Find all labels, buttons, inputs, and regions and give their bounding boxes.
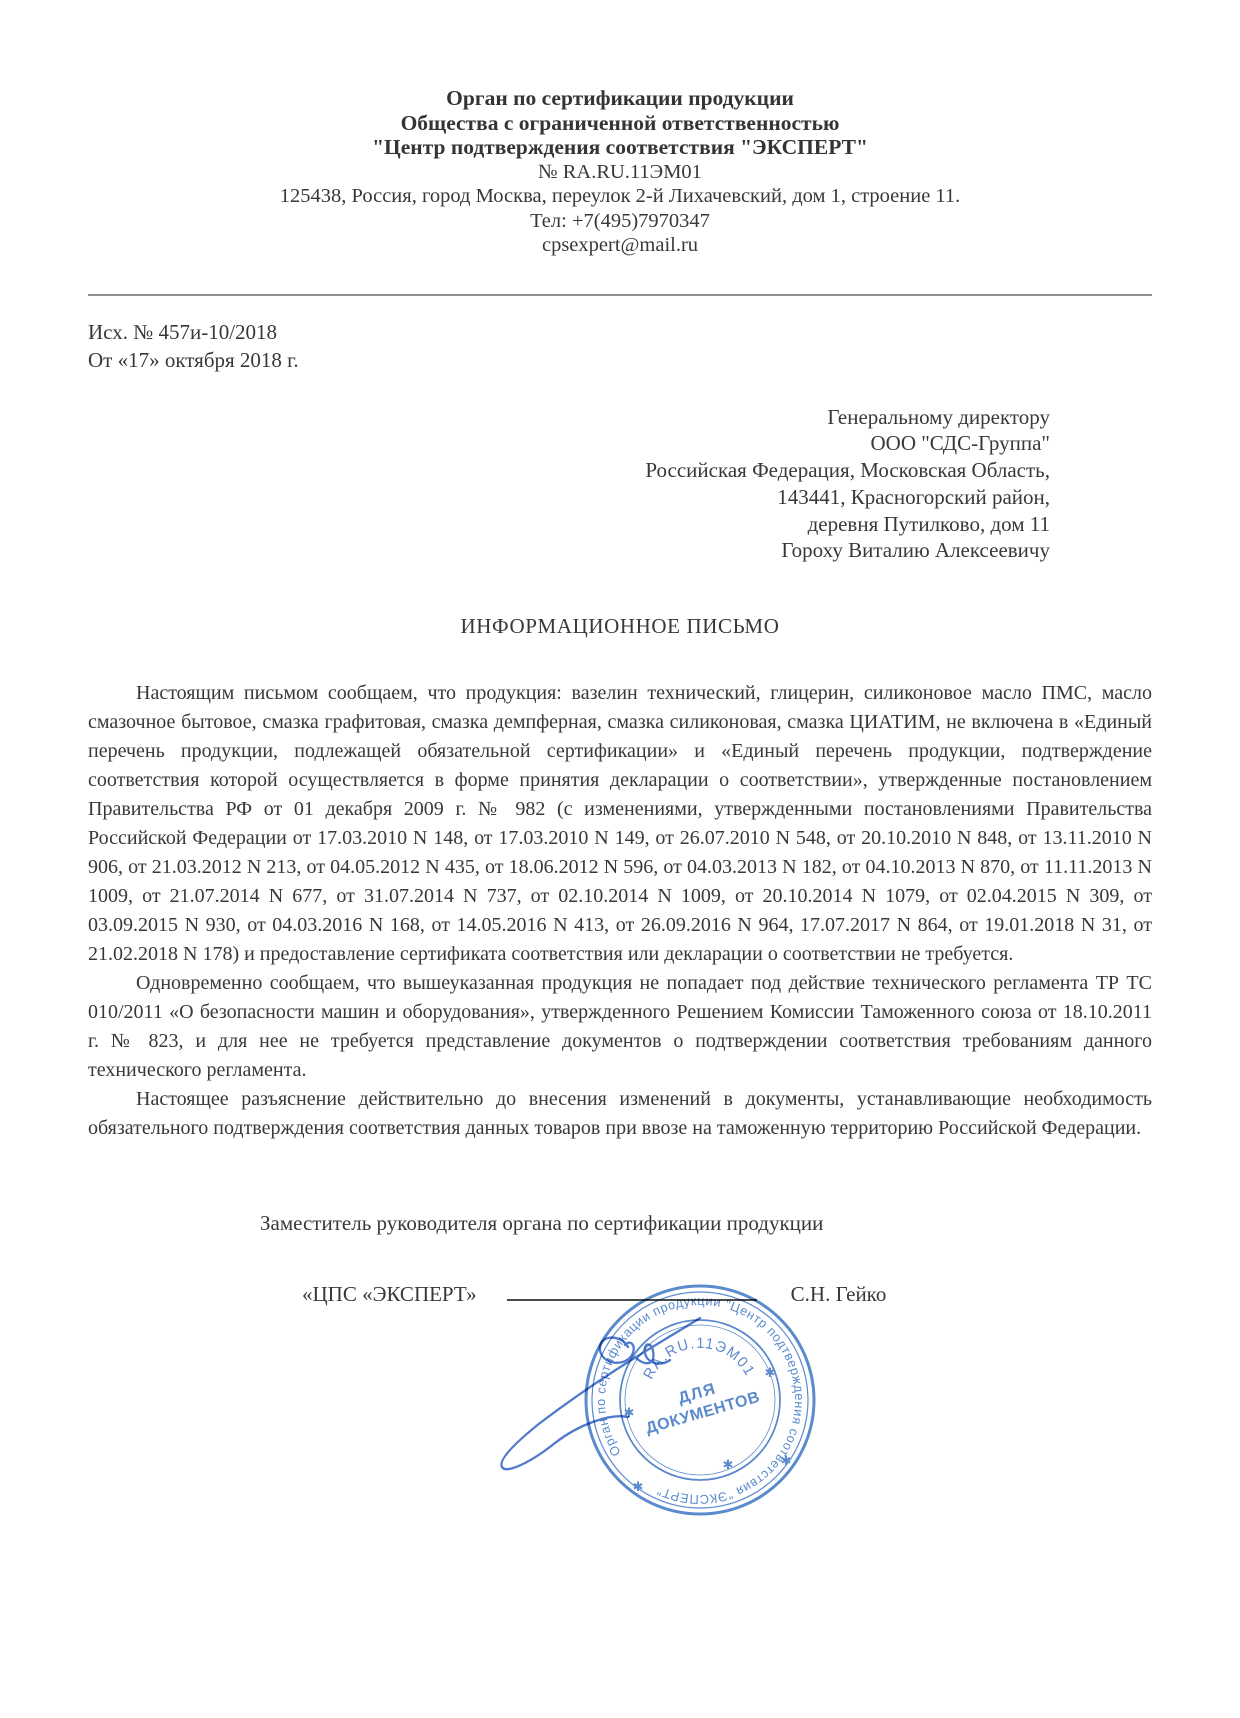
- letterhead: Орган по сертификации продукции Общества…: [88, 86, 1152, 258]
- stamp-star-icon: ✱: [781, 1453, 792, 1468]
- letterhead-org-line3: "Центр подтверждения соответствия "ЭКСПЕ…: [88, 135, 1152, 160]
- recipient-line: ООО "СДС-Группа": [88, 430, 1050, 457]
- outgoing-number: Исх. № 457и-10/2018: [88, 318, 1152, 346]
- body-paragraph-1: Настоящим письмом сообщаем, что продукци…: [88, 679, 1152, 969]
- letter-date: От «17» октября 2018 г.: [88, 346, 1152, 374]
- handwritten-signature: [460, 1295, 740, 1485]
- letter-content: Орган по сертификации продукции Общества…: [88, 0, 1152, 1307]
- body-paragraph-2: Одновременно сообщаем, что вышеуказанная…: [88, 969, 1152, 1085]
- recipient-line: Гороху Виталию Алексеевичу: [88, 537, 1050, 564]
- reference-block: Исх. № 457и-10/2018 От «17» октября 2018…: [88, 318, 1152, 374]
- recipient-line: Генеральному директору: [88, 404, 1050, 431]
- stamp-star-icon: ✱: [765, 1365, 776, 1380]
- letterhead-org-line2: Общества с ограниченной ответственностью: [88, 111, 1152, 136]
- signature-org-label: «ЦПС «ЭКСПЕРТ»: [302, 1282, 477, 1307]
- letterhead-reg-number: № RA.RU.11ЭМ01: [88, 160, 1152, 185]
- letterhead-divider: [88, 294, 1152, 296]
- letterhead-email: cpsexpert@mail.ru: [88, 233, 1152, 258]
- letterhead-phone: Тел: +7(495)7970347: [88, 209, 1152, 234]
- body-paragraph-3: Настоящее разъяснение действительно до в…: [88, 1085, 1152, 1143]
- recipient-line: 143441, Красногорский район,: [88, 484, 1050, 511]
- document-title: ИНФОРМАЦИОННОЕ ПИСЬМО: [88, 614, 1152, 639]
- recipient-line: Российская Федерация, Московская Область…: [88, 457, 1050, 484]
- letter-page: Орган по сертификации продукции Общества…: [0, 0, 1240, 1718]
- letterhead-org-line1: Орган по сертификации продукции: [88, 86, 1152, 111]
- recipient-block: Генеральному директору ООО "СДС-Группа" …: [88, 404, 1152, 565]
- recipient-line: деревня Путилково, дом 11: [88, 511, 1050, 538]
- letterhead-address: 125438, Россия, город Москва, переулок 2…: [88, 184, 1152, 209]
- letter-body: Настоящим письмом сообщаем, что продукци…: [88, 679, 1152, 1143]
- signer-position-title: Заместитель руководителя органа по серти…: [260, 1211, 1152, 1236]
